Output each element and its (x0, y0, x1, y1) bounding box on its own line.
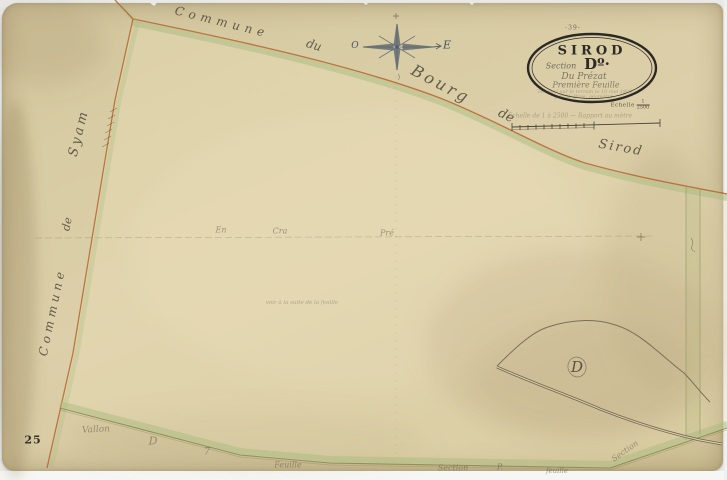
scale-annotation: Échelle 1 2500 (611, 100, 650, 111)
compass-west-label: O (351, 41, 358, 51)
margin-note: 7 (204, 447, 210, 458)
commune-left-word-2: de (59, 216, 75, 232)
margin-note: Feuille (274, 461, 301, 470)
margin-note: Section (438, 464, 468, 473)
scalebar-caption: Échelle de 1 à 2500 — Rapport au mètre (508, 113, 632, 120)
sheet-number-stamp: 25 (24, 434, 41, 447)
margin-note: feuille (546, 467, 568, 475)
lieu-dit-label: En (216, 226, 227, 235)
lieu-dit-label: Cra (273, 227, 288, 236)
parcel-section-letter: D (571, 358, 583, 376)
cartouche-section-word: Section (546, 62, 576, 71)
compass-east-label: E (443, 39, 451, 52)
scanned-map-canvas: Commune du Bourg de Sirod Commune de Sya… (0, 0, 727, 480)
margin-note: P. (497, 463, 503, 472)
boundary-right (686, 186, 700, 440)
cartouche-section-abbrev: Dº· (584, 55, 610, 73)
pencil-note: voir à la suite de la feuille (266, 300, 338, 306)
scale-denominator: 2500 (637, 105, 650, 111)
scale-word: Échelle (611, 103, 635, 109)
map-drawing-layer (0, 0, 727, 480)
margin-note: D (149, 435, 158, 448)
margin-note: Vallon (82, 424, 111, 435)
scale-fraction: 1 2500 (637, 100, 650, 111)
scale-bar (512, 119, 660, 131)
cartouche-stamp: -39- (565, 25, 581, 32)
cartouche-note-2: par M. Brée, géomètre (555, 94, 613, 100)
lieu-dit-label: Pré (380, 229, 394, 238)
